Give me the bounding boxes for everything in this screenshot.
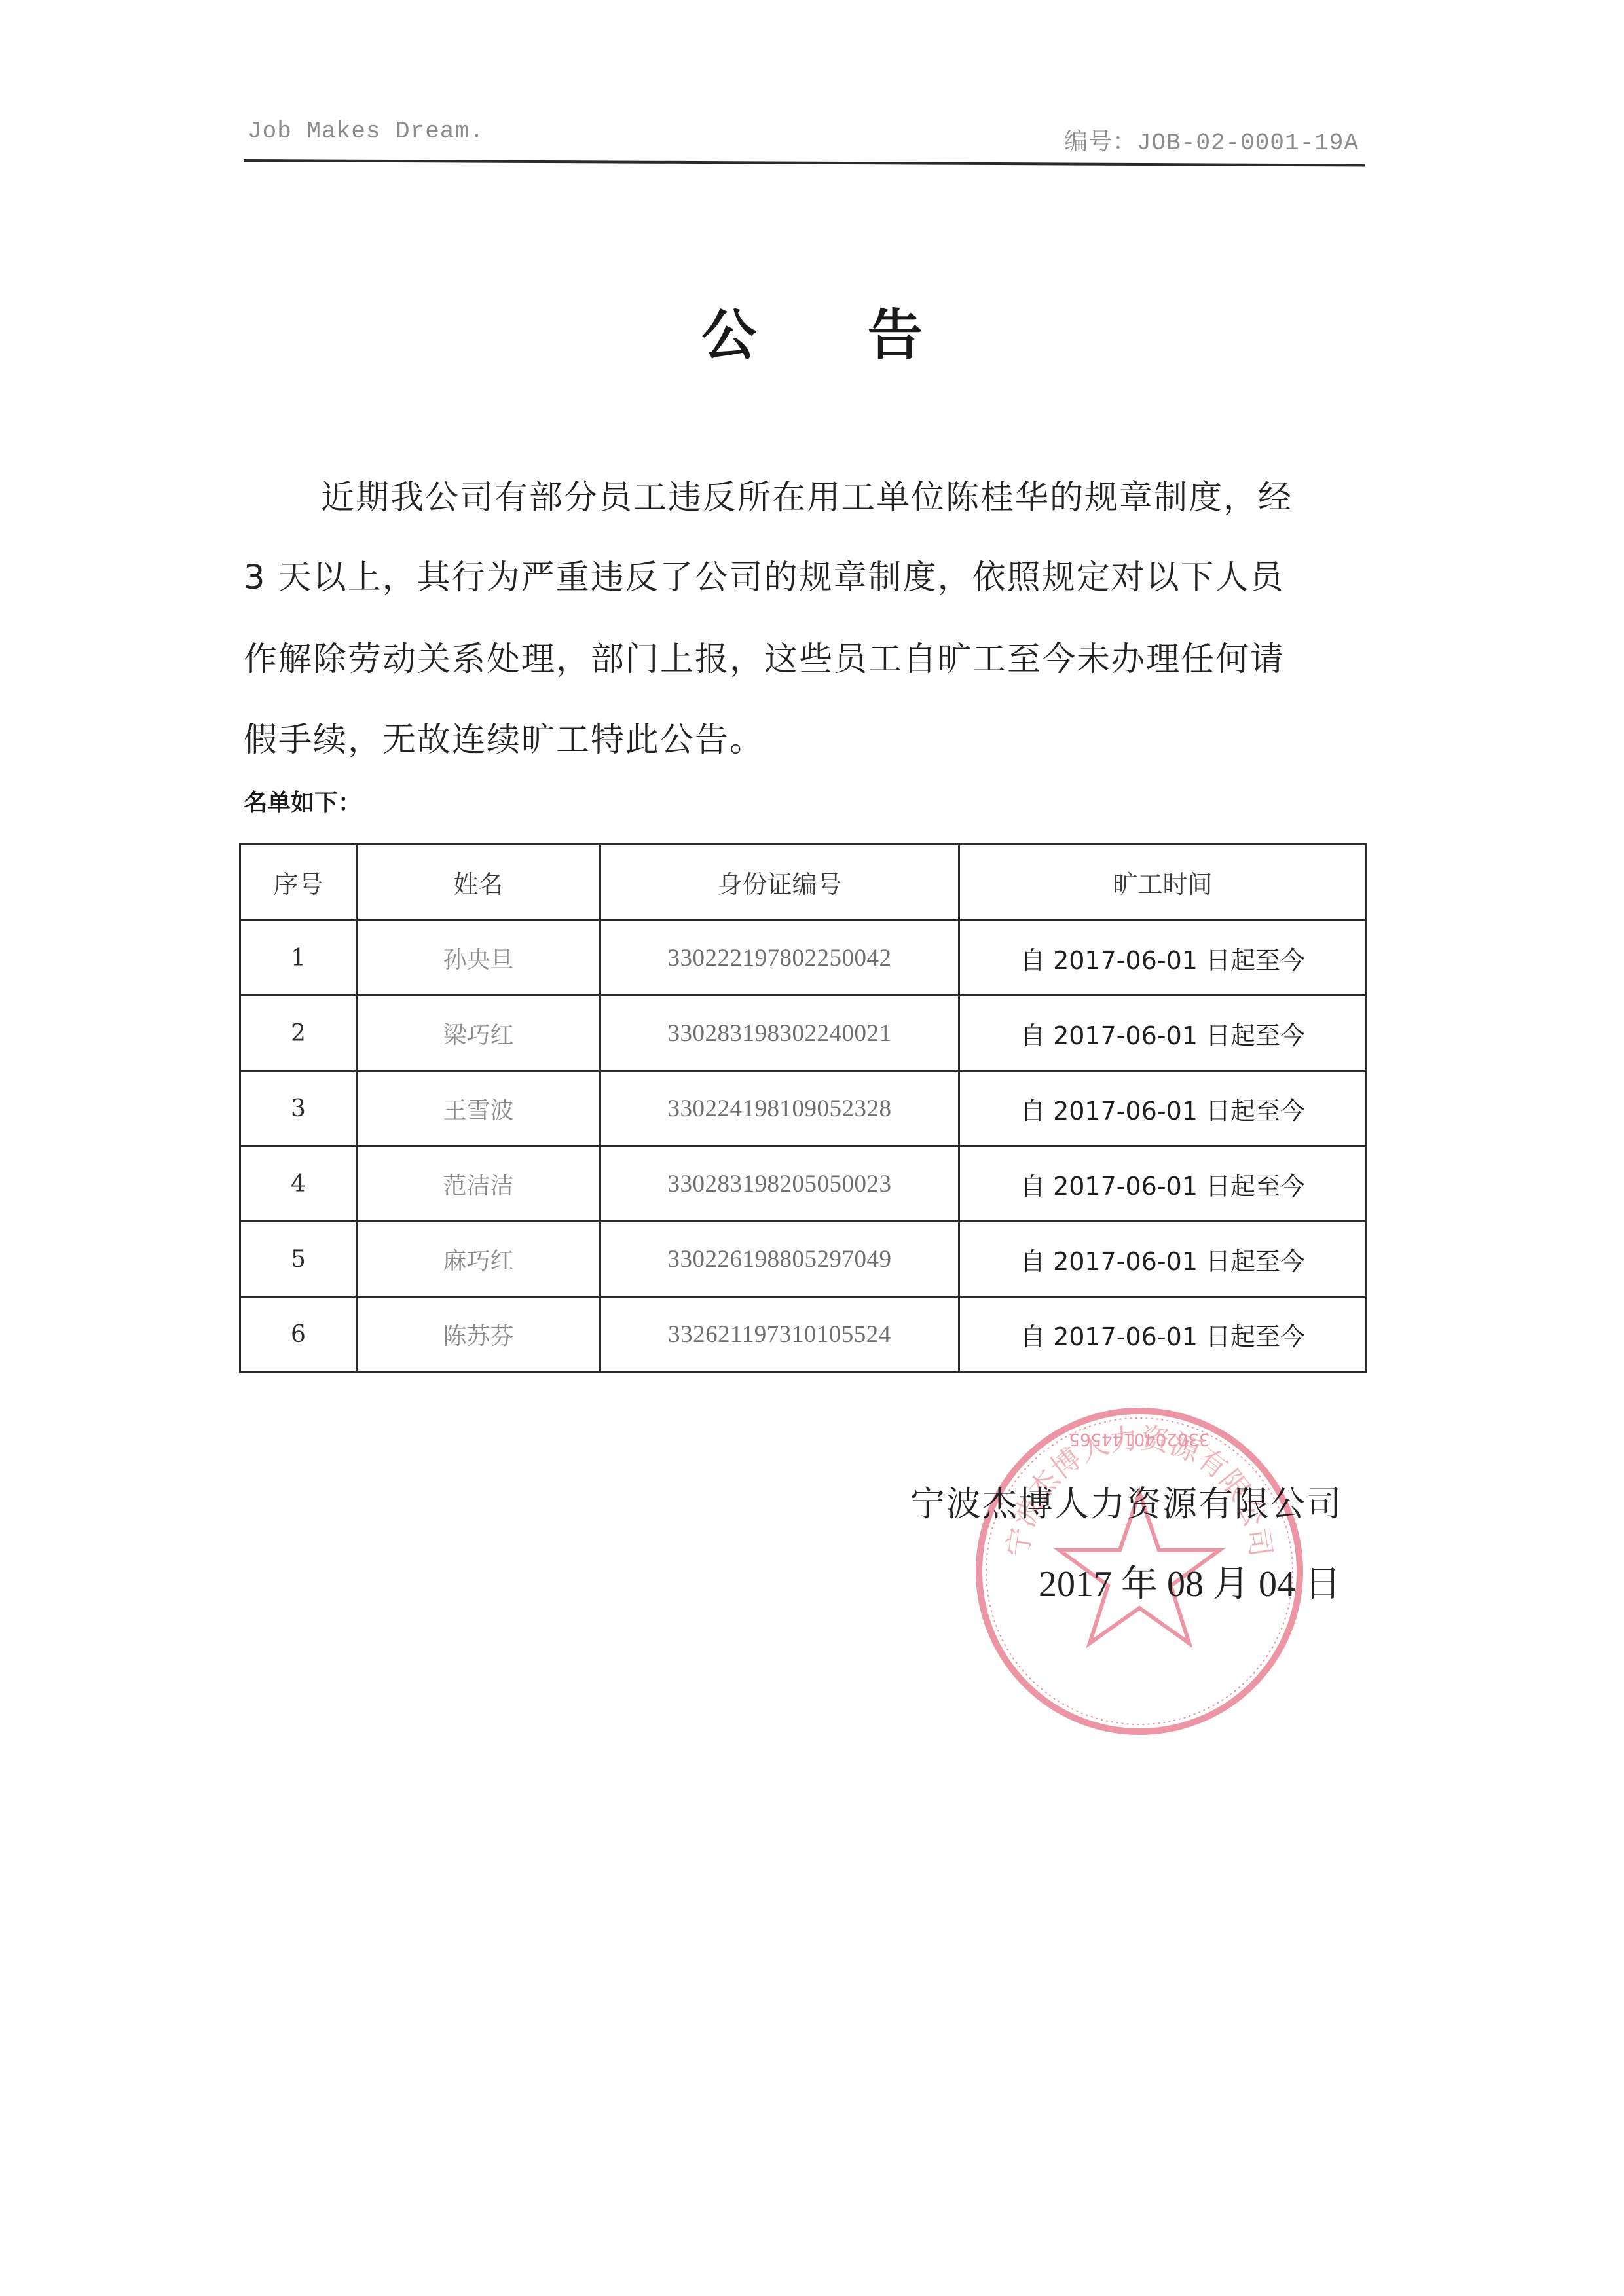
cell-name: 陈苏芬	[357, 1297, 600, 1372]
cell-id-number: 332621197310105524	[600, 1297, 959, 1372]
body-paragraph-line-4: 假手续，无故连续旷工特此公告。	[244, 712, 764, 761]
cell-seq: 5	[240, 1222, 357, 1297]
document-number: 编号：JOB-02-0001-19A	[1064, 123, 1359, 156]
cell-id-number: 330283198205050023	[600, 1146, 959, 1222]
table-row: 5 麻巧红 330226198805297049 自 2017-06-01 日起…	[240, 1222, 1367, 1297]
cell-name: 王雪波	[357, 1071, 600, 1146]
cell-name: 麻巧红	[357, 1222, 600, 1297]
column-header-absence-time: 旷工时间	[959, 845, 1367, 920]
page-title: 公 告	[0, 291, 1624, 371]
list-label: 名单如下：	[244, 784, 361, 818]
body-paragraph-line-2: 3 天以上，其行为严重违反了公司的规章制度，依照规定对以下人员	[244, 550, 1285, 598]
cell-seq: 2	[240, 996, 357, 1071]
employee-table: 序号 姓名 身份证编号 旷工时间 1 孙央旦 33022219780225004…	[239, 843, 1367, 1373]
cell-absence-time: 自 2017-06-01 日起至今	[959, 1297, 1367, 1372]
cell-id-number: 330283198302240021	[600, 996, 959, 1071]
cell-seq: 3	[240, 1071, 357, 1146]
seal-number: 3302040144565	[1069, 1429, 1209, 1449]
table-row: 1 孙央旦 330222197802250042 自 2017-06-01 日起…	[240, 920, 1367, 996]
cell-name: 梁巧红	[357, 996, 600, 1071]
cell-name: 孙央旦	[357, 920, 600, 996]
table-row: 3 王雪波 330224198109052328 自 2017-06-01 日起…	[240, 1071, 1367, 1146]
signature-date: 2017 年 08 月 04 日	[1039, 1555, 1341, 1607]
column-header-name: 姓名	[357, 845, 600, 920]
cell-id-number: 330224198109052328	[600, 1071, 959, 1146]
cell-absence-time: 自 2017-06-01 日起至今	[959, 1222, 1367, 1297]
cell-absence-time: 自 2017-06-01 日起至今	[959, 920, 1367, 996]
table-row: 2 梁巧红 330283198302240021 自 2017-06-01 日起…	[240, 996, 1367, 1071]
signature-company: 宁波杰博人力资源有限公司	[910, 1476, 1342, 1526]
cell-absence-time: 自 2017-06-01 日起至今	[959, 1146, 1367, 1222]
document-page: Job Makes Dream. 编号：JOB-02-0001-19A 公 告 …	[0, 0, 1624, 2296]
cell-seq: 6	[240, 1297, 357, 1372]
cell-id-number: 330226198805297049	[600, 1222, 959, 1297]
cell-seq: 4	[240, 1146, 357, 1222]
cell-name: 范洁洁	[357, 1146, 600, 1222]
table-row: 6 陈苏芬 332621197310105524 自 2017-06-01 日起…	[240, 1297, 1367, 1372]
table-row: 4 范洁洁 330283198205050023 自 2017-06-01 日起…	[240, 1146, 1367, 1222]
table-header-row: 序号 姓名 身份证编号 旷工时间	[240, 845, 1367, 920]
header-divider	[244, 159, 1365, 166]
cell-id-number: 330222197802250042	[600, 920, 959, 996]
header-slogan: Job Makes Dream.	[248, 118, 485, 145]
cell-absence-time: 自 2017-06-01 日起至今	[959, 1071, 1367, 1146]
cell-absence-time: 自 2017-06-01 日起至今	[959, 996, 1367, 1071]
body-paragraph-line-3: 作解除劳动关系处理，部门上报，这些员工自旷工至今未办理任何请	[244, 632, 1285, 680]
column-header-id-number: 身份证编号	[600, 845, 959, 920]
column-header-seq: 序号	[240, 845, 357, 920]
body-paragraph-line-1: 近期我公司有部分员工违反所在用工单位陈桂华的规章制度，经	[321, 470, 1293, 519]
cell-seq: 1	[240, 920, 357, 996]
